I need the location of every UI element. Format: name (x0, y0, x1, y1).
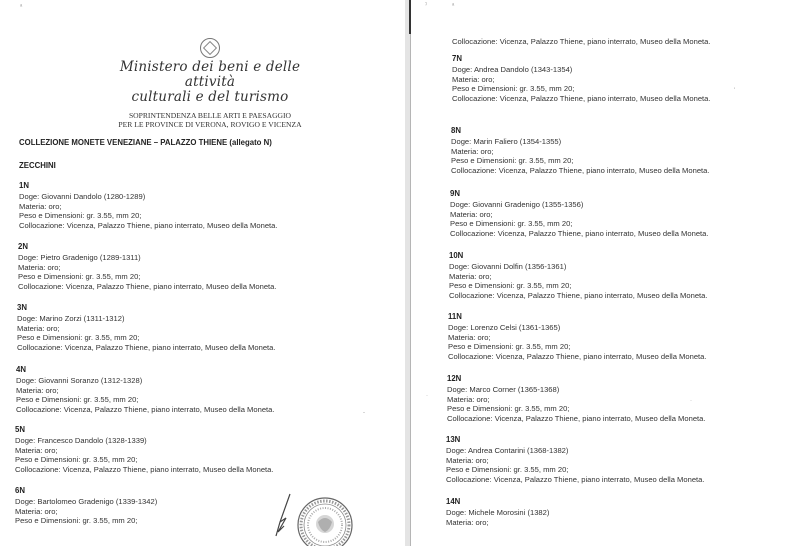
entry-weight: Peso e Dimensioni: gr. 3.55, mm 20; (18, 272, 276, 282)
entry-weight: Peso e Dimensioni: gr. 3.55, mm 20; (16, 395, 274, 405)
entry-location: Collocazione: Vicenza, Palazzo Thiene, p… (18, 282, 276, 292)
entry-doge: Doge: Marin Faliero (1354-1355) (451, 137, 709, 147)
entry-code: 2N (18, 242, 276, 252)
entry-location: Collocazione: Vicenza, Palazzo Thiene, p… (16, 405, 274, 415)
entry-material: Materia: oro; (15, 446, 273, 456)
coin-entry: 12N Doge: Marco Corner (1365-1368) Mater… (447, 374, 705, 423)
entry-location: Collocazione: Vicenza, Palazzo Thiene, p… (17, 343, 275, 353)
coin-entry: 6N Doge: Bartolomeo Gradenigo (1339-1342… (15, 486, 157, 526)
entry-code: 7N (452, 54, 710, 64)
coin-entry: 9N Doge: Giovanni Gradenigo (1355-1356) … (450, 189, 708, 238)
entry-code: 5N (15, 425, 273, 435)
coin-entry: 5N Doge: Francesco Dandolo (1328-1339) M… (15, 425, 273, 474)
entry-doge: Doge: Marco Corner (1365-1368) (447, 385, 705, 395)
entry-code: 6N (15, 486, 157, 496)
entry-material: Materia: oro; (446, 456, 704, 466)
ministry-name-line1: Ministero dei beni e delle attività (100, 60, 320, 90)
entry-weight: Peso e Dimensioni: gr. 3.55, mm 20; (17, 333, 275, 343)
entry-material: Materia: oro; (447, 395, 705, 405)
entry-weight: Peso e Dimensioni: gr. 3.55, mm 20; (446, 465, 704, 475)
entry-code: 14N (446, 497, 549, 507)
entry-material: Materia: oro; (452, 75, 710, 85)
entry-weight: Peso e Dimensioni: gr. 3.55, mm 20; (451, 156, 709, 166)
scan-mark: ' (734, 88, 735, 94)
scan-mark: ᵃ (20, 4, 22, 10)
entry-location: Collocazione: Vicenza, Palazzo Thiene, p… (15, 465, 273, 475)
coin-entry: 13N Doge: Andrea Contarini (1368-1382) M… (446, 435, 704, 484)
office-name-line2: PER LE PROVINCE DI VERONA, ROVIGO E VICE… (100, 120, 320, 129)
entry-code: 3N (17, 303, 275, 313)
entry-weight: Peso e Dimensioni: gr. 3.55, mm 20; (449, 281, 707, 291)
coin-entry: 14N Doge: Michele Morosini (1382) Materi… (446, 497, 549, 527)
entry-material: Materia: oro; (451, 147, 709, 157)
entry-weight: Peso e Dimensioni: gr. 3.55, mm 20; (450, 219, 708, 229)
entry-doge: Doge: Pietro Gradenigo (1289-1311) (18, 253, 276, 263)
entry-doge: Doge: Giovanni Gradenigo (1355-1356) (450, 200, 708, 210)
official-seal-icon (296, 496, 354, 546)
document-title: COLLEZIONE MONETE VENEZIANE – PALAZZO TH… (19, 138, 272, 148)
ministry-name-line2: culturali e del turismo (100, 90, 320, 105)
scan-mark: · (426, 393, 428, 399)
entry-doge: Doge: Giovanni Soranzo (1312-1328) (16, 376, 274, 386)
entry-material: Materia: oro; (16, 386, 274, 396)
signature-icon (270, 492, 296, 538)
carryover-location: Collocazione: Vicenza, Palazzo Thiene, p… (452, 37, 710, 47)
entry-material: Materia: oro; (18, 263, 276, 273)
entry-code: 10N (449, 251, 707, 261)
entry-material: Materia: oro; (450, 210, 708, 220)
entry-code: 12N (447, 374, 705, 384)
entry-doge: Doge: Andrea Contarini (1368-1382) (446, 446, 704, 456)
coin-entry: 2N Doge: Pietro Gradenigo (1289-1311) Ma… (18, 242, 276, 291)
document-page-right: ˀ ᵃ Collocazione: Vicenza, Palazzo Thien… (411, 0, 798, 546)
entry-material: Materia: oro; (19, 202, 277, 212)
entry-material: Materia: oro; (449, 272, 707, 282)
entry-material: Materia: oro; (17, 324, 275, 334)
scan-mark: ᵃ (452, 3, 454, 9)
entry-weight: Peso e Dimensioni: gr. 3.55, mm 20; (15, 516, 157, 526)
entry-code: 1N (19, 181, 277, 191)
entry-material: Materia: oro; (446, 518, 549, 528)
coin-entry: 10N Doge: Giovanni Dolfin (1356-1361) Ma… (449, 251, 707, 300)
entry-doge: Doge: Marino Zorzi (1311-1312) (17, 314, 275, 324)
entry-weight: Peso e Dimensioni: gr. 3.55, mm 20; (19, 211, 277, 221)
entry-doge: Doge: Andrea Dandolo (1343-1354) (452, 65, 710, 75)
entry-doge: Doge: Lorenzo Celsi (1361-1365) (448, 323, 706, 333)
entry-location: Collocazione: Vicenza, Palazzo Thiene, p… (449, 291, 707, 301)
entry-code: 9N (450, 189, 708, 199)
entry-weight: Peso e Dimensioni: gr. 3.55, mm 20; (15, 455, 273, 465)
entry-weight: Peso e Dimensioni: gr. 3.55, mm 20; (452, 84, 710, 94)
entry-code: 8N (451, 126, 709, 136)
entry-doge: Doge: Bartolomeo Gradenigo (1339-1342) (15, 497, 157, 507)
coin-entry: 11N Doge: Lorenzo Celsi (1361-1365) Mate… (448, 312, 706, 361)
scan-mark: ˀ (425, 3, 427, 9)
office-name-line1: SOPRINTENDENZA BELLE ARTI E PAESAGGIO (100, 111, 320, 120)
coin-entry: 3N Doge: Marino Zorzi (1311-1312) Materi… (17, 303, 275, 352)
entry-location: Collocazione: Vicenza, Palazzo Thiene, p… (450, 229, 708, 239)
entry-doge: Doge: Francesco Dandolo (1328-1339) (15, 436, 273, 446)
section-heading: ZECCHINI (19, 161, 56, 171)
entry-location: Collocazione: Vicenza, Palazzo Thiene, p… (19, 221, 277, 231)
entry-material: Materia: oro; (448, 333, 706, 343)
coin-entry: 1N Doge: Giovanni Dandolo (1280-1289) Ma… (19, 181, 277, 230)
entry-location: Collocazione: Vicenza, Palazzo Thiene, p… (452, 94, 710, 104)
entry-doge: Doge: Giovanni Dandolo (1280-1289) (19, 192, 277, 202)
entry-location: Collocazione: Vicenza, Palazzo Thiene, p… (448, 352, 706, 362)
entry-weight: Peso e Dimensioni: gr. 3.55, mm 20; (447, 404, 705, 414)
entry-material: Materia: oro; (15, 507, 157, 517)
coin-entry: 7N Doge: Andrea Dandolo (1343-1354) Mate… (452, 54, 710, 103)
entry-code: 13N (446, 435, 704, 445)
entry-code: 4N (16, 365, 274, 375)
scan-mark: · (690, 398, 692, 404)
scan-mark: - (363, 410, 365, 416)
document-page-left: ᵃ Ministero dei beni e delle attività cu… (0, 0, 405, 546)
entry-weight: Peso e Dimensioni: gr. 3.55, mm 20; (448, 342, 706, 352)
letterhead: Ministero dei beni e delle attività cult… (100, 38, 320, 129)
coin-entry: 4N Doge: Giovanni Soranzo (1312-1328) Ma… (16, 365, 274, 414)
entry-doge: Doge: Giovanni Dolfin (1356-1361) (449, 262, 707, 272)
entry-location: Collocazione: Vicenza, Palazzo Thiene, p… (447, 414, 705, 424)
republic-emblem-icon (200, 38, 220, 58)
coin-entry: 8N Doge: Marin Faliero (1354-1355) Mater… (451, 126, 709, 175)
entry-code: 11N (448, 312, 706, 322)
entry-location: Collocazione: Vicenza, Palazzo Thiene, p… (451, 166, 709, 176)
entry-doge: Doge: Michele Morosini (1382) (446, 508, 549, 518)
office-name: SOPRINTENDENZA BELLE ARTI E PAESAGGIO PE… (100, 111, 320, 129)
entry-location: Collocazione: Vicenza, Palazzo Thiene, p… (446, 475, 704, 485)
